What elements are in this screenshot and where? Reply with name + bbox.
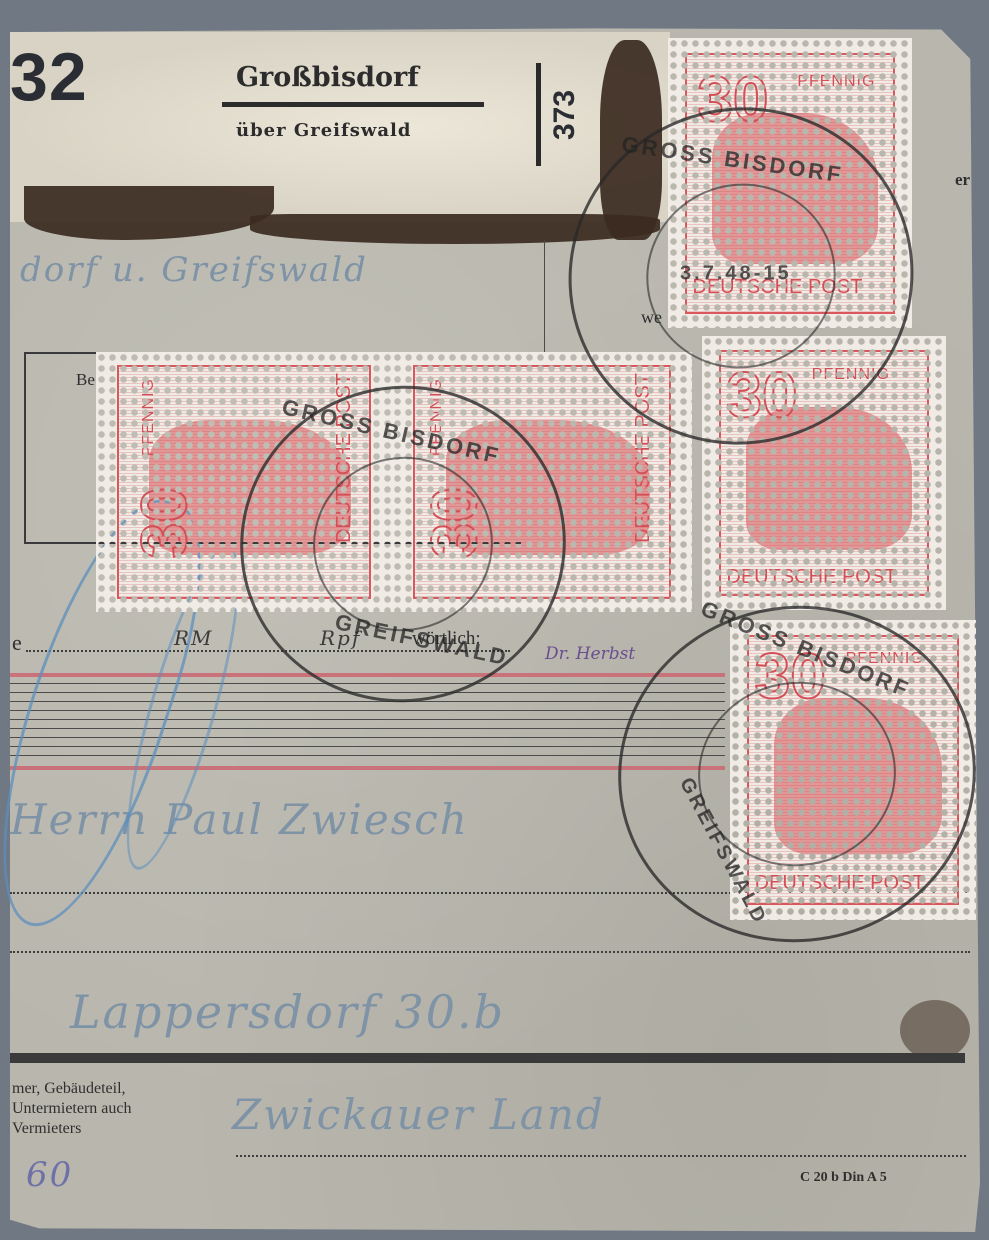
margin-note: 60 <box>26 1155 73 1195</box>
signature: Dr. Herbst <box>545 644 635 664</box>
postmark-town: GROSS BISDORF <box>620 131 845 188</box>
handwritten-city: Zwickauer Land <box>232 1090 605 1139</box>
label-divider <box>536 63 541 166</box>
footnote-line: Untermietern auch <box>12 1100 132 1118</box>
handwritten-street: Lappersdorf 30.b <box>70 985 505 1039</box>
label-underline <box>222 102 484 107</box>
label-number: 32 <box>10 38 88 116</box>
value-label: e <box>12 630 22 656</box>
form-text-fragment: er <box>955 170 970 190</box>
stamp-denomination: PFENNIG <box>140 378 158 456</box>
handwritten-origin: dorf u. Greifswald <box>20 250 368 290</box>
label-code: 373 <box>548 70 584 160</box>
form-line <box>544 240 545 360</box>
postmark-date: 3.7.48-15 <box>680 263 792 286</box>
box-label: Be <box>76 370 95 390</box>
stamp-denomination: PFENNIG <box>797 73 875 91</box>
footnote-line: mer, Gebäudeteil, <box>12 1080 126 1098</box>
stamp-value: 30 <box>132 487 196 558</box>
label-via: über Greifswald <box>236 120 411 141</box>
stamp-issuer: DEUTSCHE POST <box>726 566 896 589</box>
glue-stain <box>900 1000 970 1060</box>
form-code: C 20 b Din A 5 <box>800 1170 887 1186</box>
label-place: Großbisdorf <box>236 62 419 93</box>
address-line <box>10 951 970 953</box>
footnote-line: Vermieters <box>12 1120 81 1138</box>
address-line <box>236 1155 966 1157</box>
heavy-rule <box>10 1053 965 1063</box>
